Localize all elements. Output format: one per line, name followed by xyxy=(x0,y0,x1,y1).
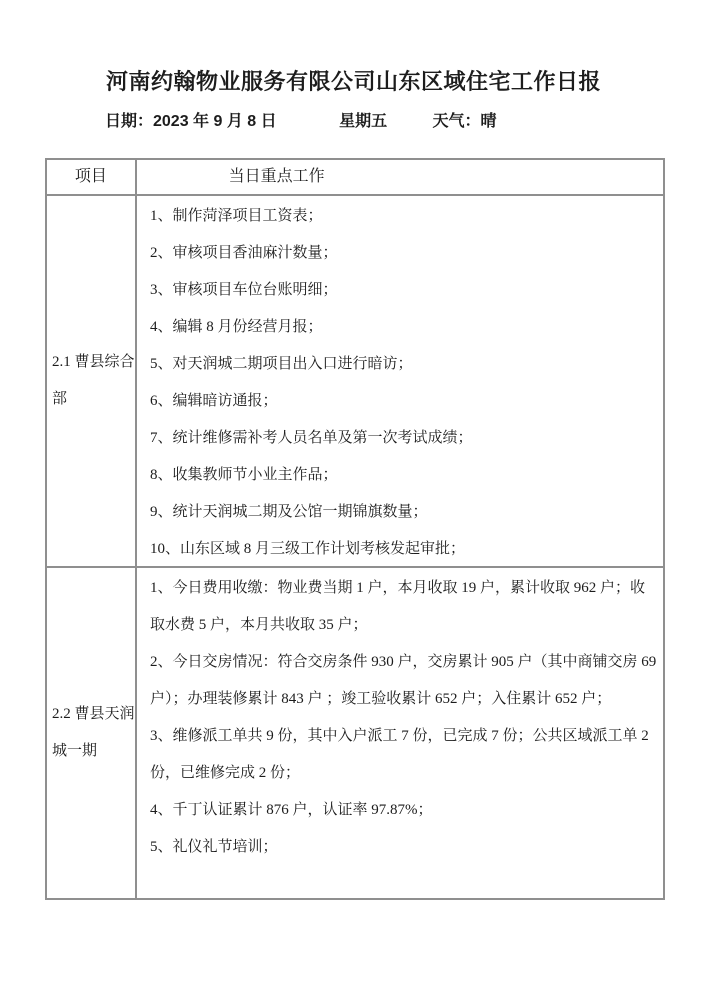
work-item: 3、审核项目车位台账明细； xyxy=(150,272,657,309)
table-header-row: 项目 当日重点工作 xyxy=(47,160,663,196)
project-cell: 2.2 曹县天润城一期 xyxy=(47,568,137,898)
work-item: 5、对天润城二期项目出入口进行暗访； xyxy=(150,346,657,383)
weekday-label: 星期五 xyxy=(339,113,387,130)
project-label: 2.1 曹县综合部 xyxy=(52,344,135,418)
work-item: 6、编辑暗访通报； xyxy=(150,383,657,420)
work-item: 2、今日交房情况：符合交房条件 930 户，交房累计 905 户（其中商铺交房 … xyxy=(150,644,657,718)
table-row: 2.1 曹县综合部 1、制作菏泽项目工资表； 2、审核项目香油麻汁数量； 3、审… xyxy=(47,196,663,568)
weather-label: 天气：晴 xyxy=(433,113,497,130)
work-item: 8、收集教师节小业主作品； xyxy=(150,457,657,494)
work-item: 5、礼仪礼节培训； xyxy=(150,829,657,866)
document-page: 河南约翰物业服务有限公司山东区域住宅工作日报 日期：2023 年 9 月 8 日… xyxy=(0,0,707,999)
project-cell: 2.1 曹县综合部 xyxy=(47,196,137,566)
work-item: 7、统计维修需补考人员名单及第一次考试成绩； xyxy=(150,420,657,457)
work-item: 4、编辑 8 月份经营月报； xyxy=(150,309,657,346)
work-item: 9、统计天润城二期及公馆一期锦旗数量； xyxy=(150,494,657,531)
project-label: 2.2 曹县天润城一期 xyxy=(52,696,135,770)
table-row: 2.2 曹县天润城一期 1、今日费用收缴：物业费当期 1 户，本月收取 19 户… xyxy=(47,568,663,898)
work-column-header: 当日重点工作 xyxy=(229,159,325,195)
work-item: 1、制作菏泽项目工资表； xyxy=(150,198,657,235)
date-row: 日期：2023 年 9 月 8 日 星期五 天气：晴 xyxy=(105,111,707,132)
daily-work-table: 项目 当日重点工作 2.1 曹县综合部 1、制作菏泽项目工资表； 2、审核项目香… xyxy=(45,158,665,900)
work-cell: 1、制作菏泽项目工资表； 2、审核项目香油麻汁数量； 3、审核项目车位台账明细；… xyxy=(137,196,663,566)
date-label: 日期：2023 年 9 月 8 日 xyxy=(105,113,277,130)
work-item: 2、审核项目香油麻汁数量； xyxy=(150,235,657,272)
project-column-header: 项目 xyxy=(75,159,107,195)
work-item: 10、山东区域 8 月三级工作计划考核发起审批； xyxy=(150,531,657,566)
work-item: 1、今日费用收缴：物业费当期 1 户，本月收取 19 户，累计收取 962 户；… xyxy=(150,570,657,644)
header-cell-work: 当日重点工作 xyxy=(137,160,663,194)
header-cell-project: 项目 xyxy=(47,160,137,194)
page-title: 河南约翰物业服务有限公司山东区域住宅工作日报 xyxy=(0,0,707,96)
work-item: 4、千丁认证累计 876 户，认证率 97.87%； xyxy=(150,792,657,829)
work-cell: 1、今日费用收缴：物业费当期 1 户，本月收取 19 户，累计收取 962 户；… xyxy=(137,568,663,898)
work-item: 3、维修派工单共 9 份，其中入户派工 7 份，已完成 7 份；公共区域派工单 … xyxy=(150,718,657,792)
